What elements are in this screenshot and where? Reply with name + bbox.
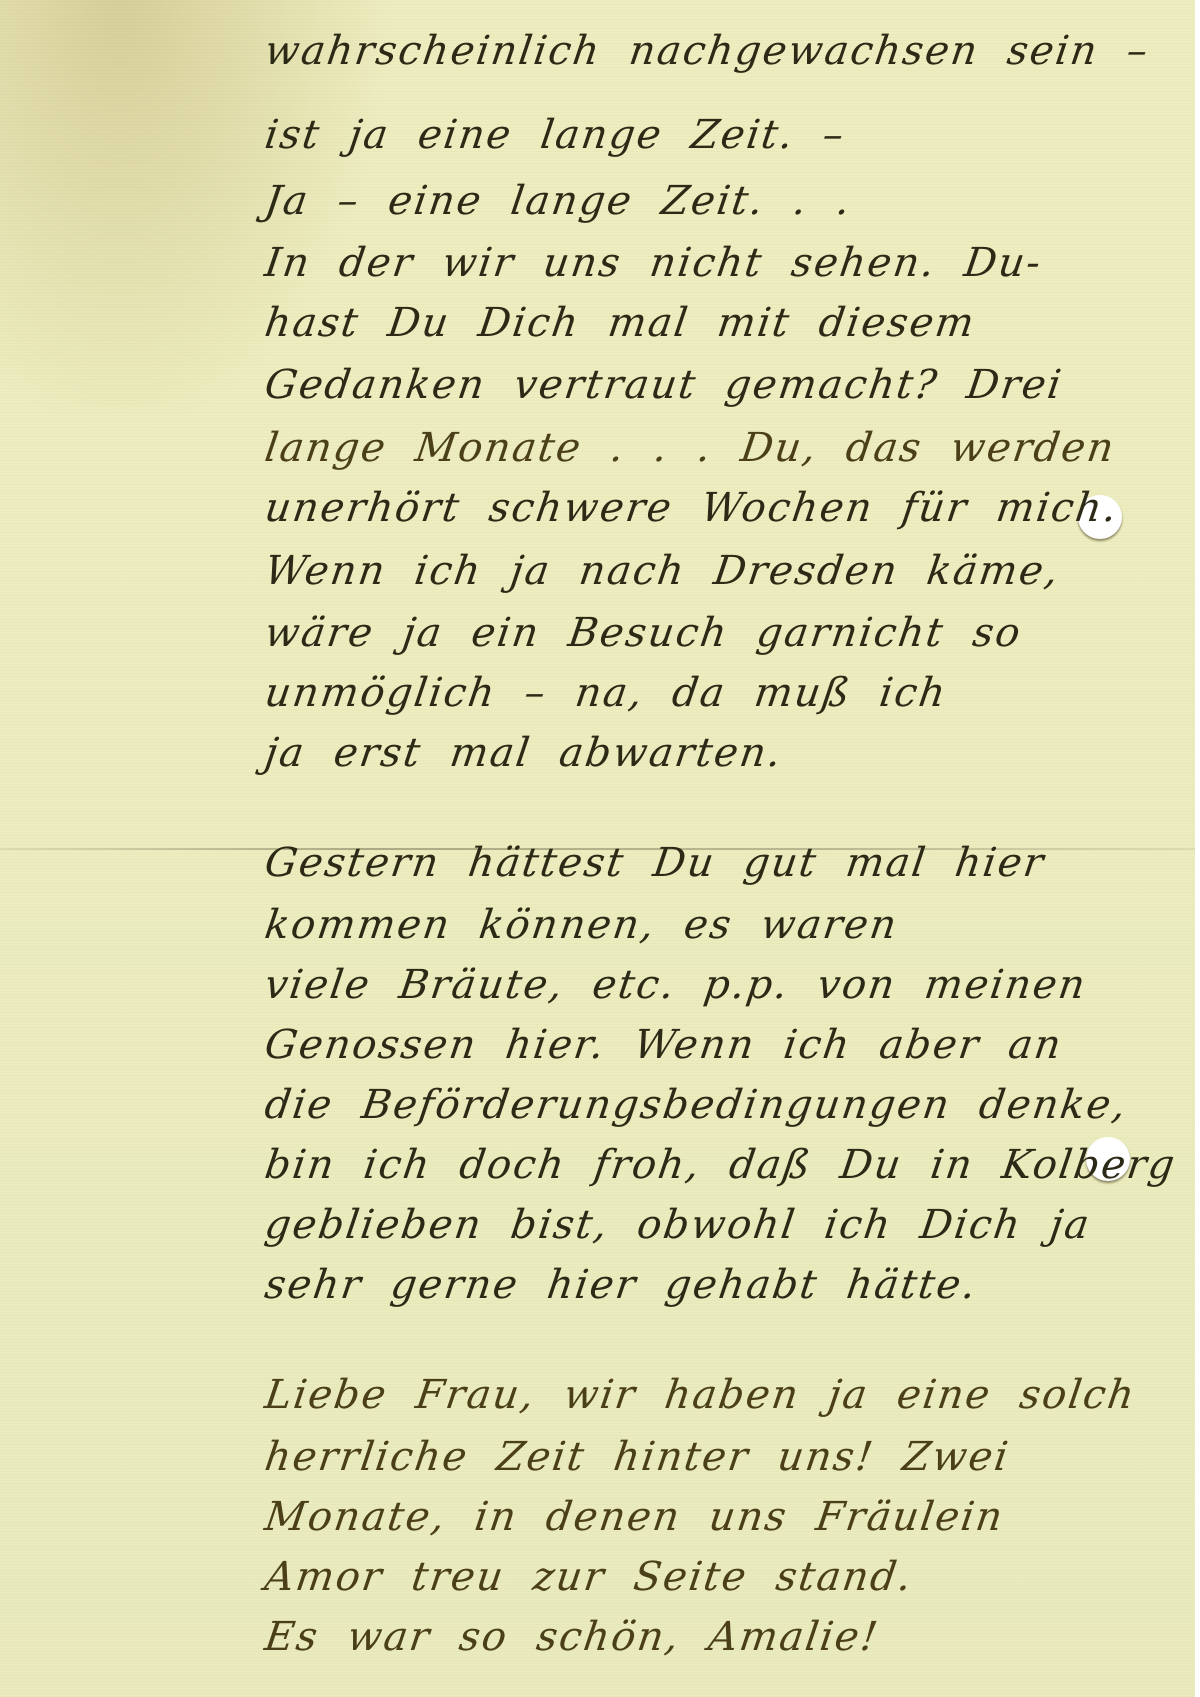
- letter-line: kommen können, es waren: [262, 902, 901, 948]
- letter-line: Genossen hier. Wenn ich aber an: [262, 1022, 1066, 1068]
- letter-paper: wahrscheinlich nachgewachsen sein – ist …: [0, 0, 1195, 1697]
- letter-line: ist ja eine lange Zeit. –: [262, 112, 848, 158]
- letter-line: geblieben bist, obwohl ich Dich ja: [262, 1202, 1094, 1248]
- letter-line: bin ich doch froh, daß Du in Kolberg: [262, 1142, 1179, 1188]
- letter-line: wahrscheinlich nachgewachsen sein –: [262, 28, 1152, 74]
- letter-line: In der wir uns nicht sehen. Du-: [262, 240, 1045, 286]
- letter-line: Gestern hättest Du gut mal hier: [262, 840, 1048, 886]
- letter-line: herrliche Zeit hinter uns! Zwei: [262, 1434, 1013, 1480]
- letter-line: Liebe Frau, wir haben ja eine solch: [262, 1372, 1139, 1418]
- letter-line: sehr gerne hier gehabt hätte.: [262, 1262, 980, 1308]
- letter-line: lange Monate . . . Du, das werden: [262, 425, 1118, 471]
- letter-line: hast Du Dich mal mit diesem: [262, 300, 979, 346]
- letter-line: die Beförderungsbedingungen denke,: [262, 1082, 1130, 1128]
- letter-line: Wenn ich ja nach Dresden käme,: [262, 548, 1063, 594]
- letter-line: viele Bräute, etc. p.p. von meinen: [262, 962, 1090, 1008]
- letter-line: Amor treu zur Seite stand.: [262, 1554, 916, 1600]
- letter-line: Es war so schön, Amalie!: [262, 1614, 882, 1660]
- letter-line: Monate, in denen uns Fräulein: [262, 1494, 1007, 1540]
- letter-line: Gedanken vertraut gemacht? Drei: [262, 362, 1066, 408]
- letter-line: Ja – eine lange Zeit. . .: [262, 178, 855, 224]
- letter-line: unerhört schwere Wochen für mich.: [262, 485, 1121, 531]
- letter-line: wäre ja ein Besuch garnicht so: [262, 610, 1025, 656]
- letter-line: ja erst mal abwarten.: [262, 730, 786, 776]
- letter-line: unmöglich – na, da muß ich: [262, 670, 950, 716]
